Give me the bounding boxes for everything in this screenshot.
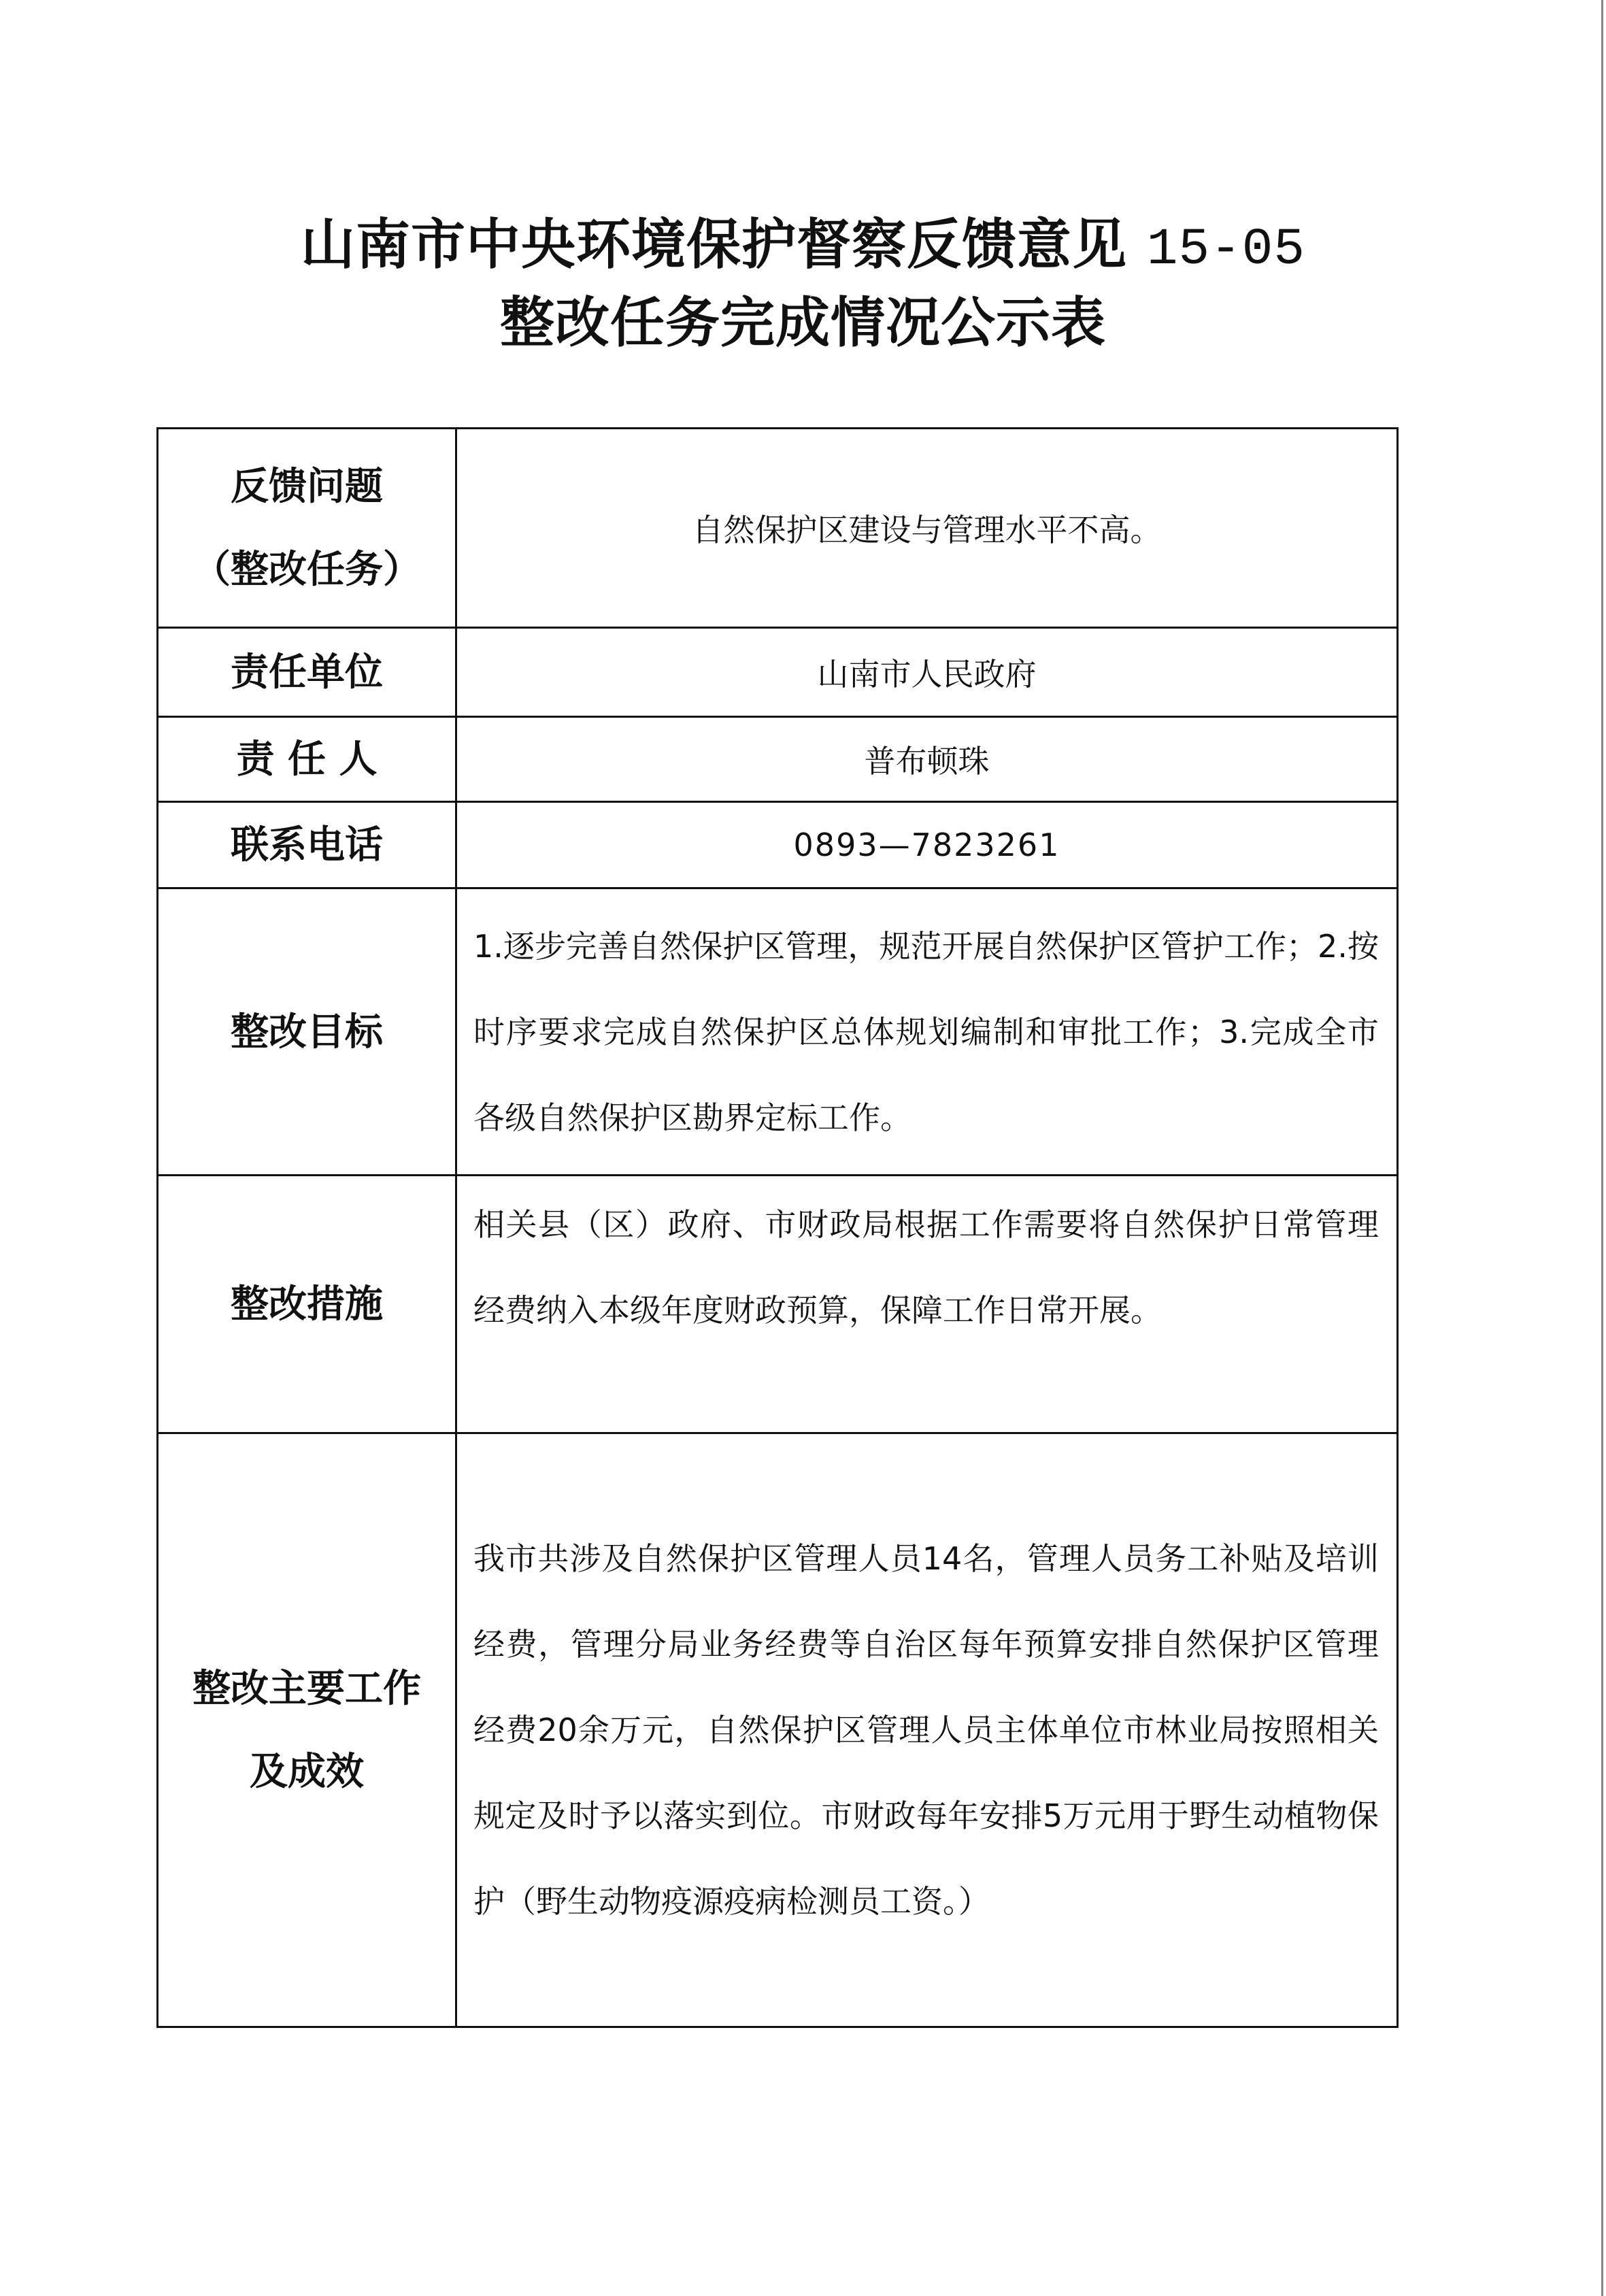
label-feedback-issue: 反馈问题 （整改任务） bbox=[158, 429, 456, 628]
title-text: 山南市中央环境保护督察反馈意见 bbox=[301, 212, 1127, 276]
value-contact-phone: 0893—7823261 bbox=[456, 802, 1398, 888]
label-line1: 反馈问题 bbox=[158, 445, 455, 528]
table-row-rectification-measures: 整改措施 相关县（区）政府、市财政局根据工作需要将自然保护日常管理经费纳入本级年… bbox=[158, 1176, 1398, 1433]
value-rectification-goal: 1.逐步完善自然保护区管理，规范开展自然保护区管护工作；2.按时序要求完成自然保… bbox=[456, 888, 1398, 1176]
table-row-responsible-unit: 责任单位 山南市人民政府 bbox=[158, 628, 1398, 717]
label-line1: 整改主要工作 bbox=[158, 1647, 455, 1730]
table-row-contact-phone: 联系电话 0893—7823261 bbox=[158, 802, 1398, 888]
value-main-work-results: 我市共涉及自然保护区管理人员14名，管理人员务工补贴及培训经费，管理分局业务经费… bbox=[456, 1433, 1398, 2027]
document-title-line1: 山南市中央环境保护督察反馈意见 15-05 bbox=[0, 201, 1606, 279]
table-row-responsible-person: 责 任 人 普布顿珠 bbox=[158, 717, 1398, 802]
label-line2: （整改任务） bbox=[158, 528, 455, 611]
value-responsible-person: 普布顿珠 bbox=[456, 717, 1398, 802]
document-title-line2: 整改任务完成情况公示表 bbox=[0, 279, 1606, 357]
rectification-table: 反馈问题 （整改任务） 自然保护区建设与管理水平不高。 责任单位 山南市人民政府… bbox=[156, 427, 1399, 2028]
value-responsible-unit: 山南市人民政府 bbox=[456, 628, 1398, 717]
label-line2: 及成效 bbox=[158, 1730, 455, 1813]
table-row-rectification-goal: 整改目标 1.逐步完善自然保护区管理，规范开展自然保护区管护工作；2.按时序要求… bbox=[158, 888, 1398, 1176]
label-responsible-unit: 责任单位 bbox=[158, 628, 456, 717]
label-rectification-goal: 整改目标 bbox=[158, 888, 456, 1176]
label-contact-phone: 联系电话 bbox=[158, 802, 456, 888]
label-responsible-person: 责 任 人 bbox=[158, 717, 456, 802]
value-rectification-measures: 相关县（区）政府、市财政局根据工作需要将自然保护日常管理经费纳入本级年度财政预算… bbox=[456, 1176, 1398, 1433]
title-number: 15-05 bbox=[1147, 220, 1305, 279]
label-rectification-measures: 整改措施 bbox=[158, 1176, 456, 1433]
label-main-work-results: 整改主要工作 及成效 bbox=[158, 1433, 456, 2027]
value-feedback-issue: 自然保护区建设与管理水平不高。 bbox=[456, 429, 1398, 628]
table-row-main-work-results: 整改主要工作 及成效 我市共涉及自然保护区管理人员14名，管理人员务工补贴及培训… bbox=[158, 1433, 1398, 2027]
table-row-feedback-issue: 反馈问题 （整改任务） 自然保护区建设与管理水平不高。 bbox=[158, 429, 1398, 628]
